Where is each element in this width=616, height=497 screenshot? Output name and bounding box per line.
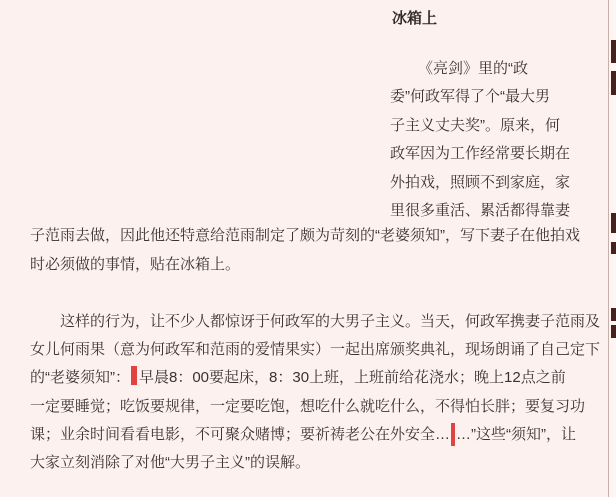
- next-page-text-fragment: [611, 71, 616, 95]
- page-divider: [608, 0, 609, 497]
- text-line: 这样的行为，让不少人都惊讶于何政军的大男子主义。当天，何政军携妻子范雨及: [30, 308, 600, 336]
- text-line: 大家立刻消除了对他“大男子主义”的误解。: [30, 449, 600, 477]
- text-segment: 早晨8：00要起床，8：30上班，上班前给花浇水；晚上12点之前: [139, 369, 566, 386]
- text-line: 外拍戏，照顾不到家庭，家: [390, 169, 570, 197]
- text-line: 子主义丈夫奖”。原来，何: [390, 112, 570, 140]
- text-line: 委”何政军得了个“最大男: [390, 83, 570, 111]
- selection-caret-end[interactable]: [451, 423, 455, 446]
- next-page-text-fragment: [611, 242, 616, 254]
- text-segment: 课；业余时间看看电影，不可聚众赌博；要祈祷老公在外安全…: [30, 426, 450, 443]
- text-segment: …”这些“须知”，让: [456, 426, 576, 443]
- text-line: 时必须做的事情，贴在冰箱上。: [30, 251, 580, 280]
- reader-page: 冰箱上 《亮剑》里的“政 委”何政军得了个“最大男 子主义丈夫奖”。原来，何 政…: [0, 0, 616, 497]
- text-line: 《亮剑》里的“政: [390, 55, 570, 83]
- text-line: 政军因为工作经常要长期在: [390, 140, 570, 168]
- next-page-text-fragment: [611, 325, 616, 338]
- page-title: 冰箱上: [392, 7, 437, 28]
- next-page-text-fragment: [611, 40, 616, 63]
- text-line: 的“老婆须知”：早晨8：00要起床，8：30上班，上班前给花浇水；晚上12点之前: [30, 364, 600, 392]
- paragraph1-column: 《亮剑》里的“政 委”何政军得了个“最大男 子主义丈夫奖”。原来，何 政军因为工…: [390, 55, 570, 225]
- text-line: 一定要睡觉；吃饭要规律，一定要吃饱，想吃什么就吃什么，不得怕长胖；要复习功: [30, 393, 600, 421]
- next-page-text-fragment: [611, 308, 616, 321]
- paragraph2: 这样的行为，让不少人都惊讶于何政军的大男子主义。当天，何政军携妻子范雨及 女儿何…: [30, 308, 600, 477]
- next-page-text-fragment: [611, 213, 616, 233]
- text-line: 女儿何雨果（意为何政军和范雨的爱情果实）一起出席颁奖典礼，现场朗诵了自己定下: [30, 336, 600, 364]
- text-segment: 的“老婆须知”：: [30, 369, 130, 386]
- text-line: 课；业余时间看看电影，不可聚众赌博；要祈祷老公在外安全……”这些“须知”，让: [30, 421, 600, 449]
- paragraph1-full-width: 子范雨去做，因此他还特意给范雨制定了颇为苛刻的“老婆须知”，写下妻子在他拍戏 时…: [30, 222, 580, 279]
- text-line: 子范雨去做，因此他还特意给范雨制定了颇为苛刻的“老婆须知”，写下妻子在他拍戏: [30, 222, 580, 251]
- selection-caret-start[interactable]: [131, 366, 137, 385]
